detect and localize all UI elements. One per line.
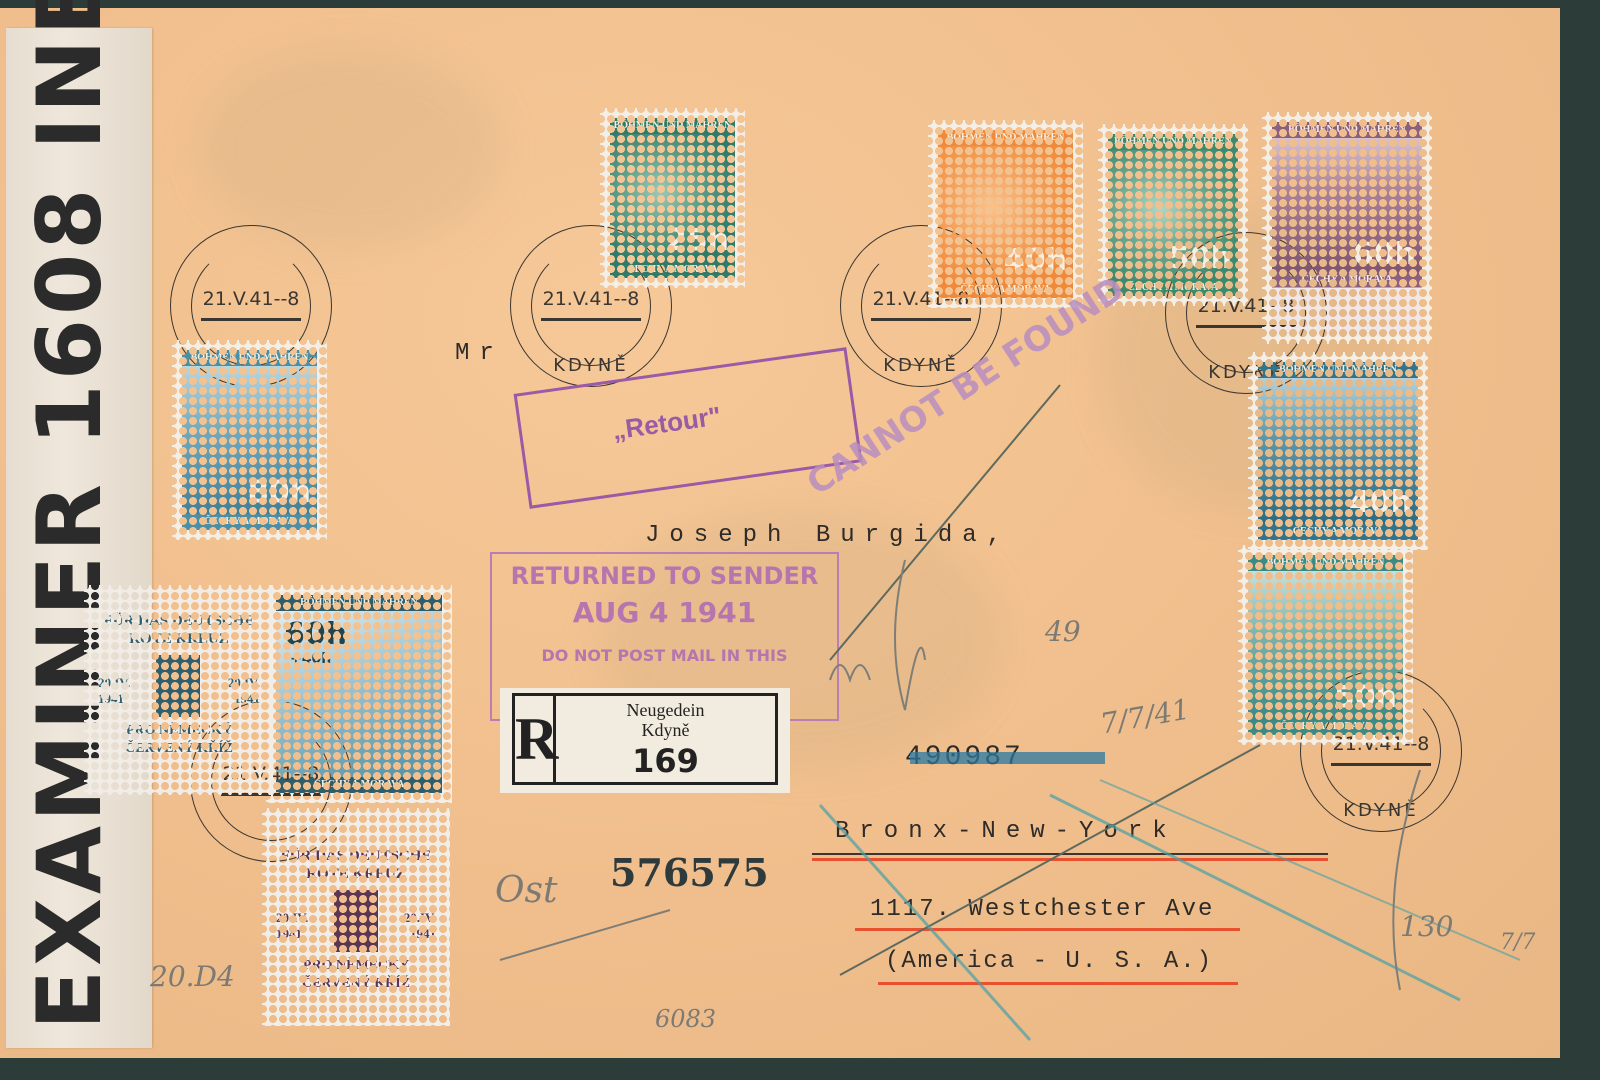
pencil-note: Ost	[495, 870, 557, 911]
pencil-note: 20.D4	[150, 960, 235, 993]
pencil-note: 130	[1400, 910, 1453, 943]
pencil-marks	[0, 0, 1568, 1058]
pencil-note: 6083	[655, 1005, 716, 1033]
pencil-note: 7/7	[1500, 930, 1535, 955]
pencil-note: 49	[1045, 615, 1081, 648]
